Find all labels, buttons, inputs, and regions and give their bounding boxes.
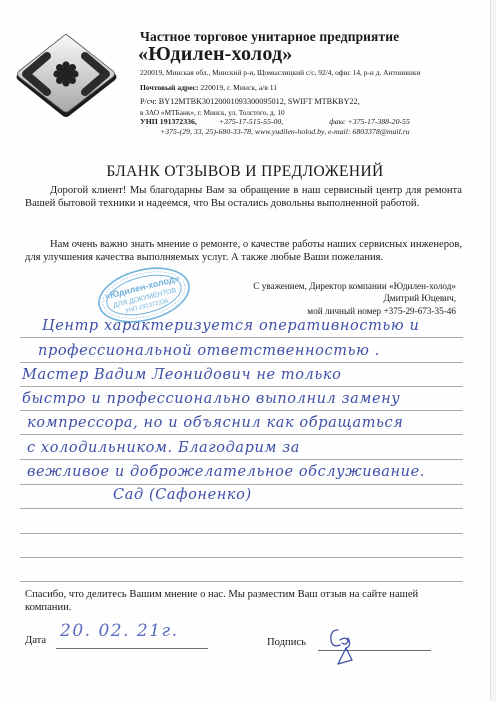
ruled-line [20,533,463,534]
intro-paragraph-text: Дорогой клиент! Мы благодарны Вам за обр… [25,185,462,209]
phone: +375-17-515-55-00, [219,117,283,126]
unp: УНП 191372336, [140,117,197,126]
company-stamp-icon: «Юдилен-холод» ДЛЯ ДОКУМЕНТОВ УНП 191372… [94,264,194,326]
review-line: компрессора, но и объяснил как обращатьс… [27,415,403,431]
closing-line: С уважением, Директор компании «Юдилен-х… [253,280,456,292]
request-paragraph-text: Нам очень важно знать мнение о ремонте, … [25,239,462,263]
intro-paragraph: Дорогой клиент! Мы благодарны Вам за обр… [25,184,462,211]
director-name: Дмитрий Юцевич, [253,292,456,304]
review-signature-line: Сад (Сафоненко) [113,487,252,503]
ruled-line [20,337,463,338]
review-line: с холодильником. Благодарим за [27,440,300,456]
feedback-form-page: Частное торговое унитарное предприятие «… [0,0,491,701]
company-name: «Юдилен-холод» [138,43,292,66]
date-label: Дата [25,635,46,646]
handwritten-signature-icon [326,624,366,674]
postal-address-label: Почтовый адрес: [140,83,199,92]
legal-address: 220019, Минская обл., Минский р-н, Щомыс… [140,68,420,77]
fax: факс +375-17-388-20-55 [329,117,410,126]
ruled-line [20,434,463,435]
ruled-line [20,386,463,387]
company-logo-icon [14,32,119,122]
ruled-line [20,508,463,509]
thank-you-note: Спасибо, что делитесь Вашим мнение о нас… [25,589,465,615]
date-field[interactable] [56,648,208,649]
ruled-line [20,459,463,460]
ruled-line [20,362,463,363]
unp-phone-fax: УНП 191372336,+375-17-515-55-00,факс +37… [140,117,410,126]
review-line: Центр характеризуется оперативностью и [42,318,419,334]
signature-label: Подпись [267,637,306,648]
postal-address-value: 220019, г. Минск, а/я 11 [200,83,277,92]
ruled-line [20,581,463,582]
contacts: +375-(29, 33, 25)-680-33-78, www.yudilen… [160,127,410,136]
request-paragraph: Нам очень важно знать мнение о ремонте, … [25,238,462,265]
review-line: профессиональной ответственностью . [38,343,380,359]
ruled-line [20,557,463,558]
ruled-line [20,484,463,485]
director-phone: мой личный номер +375-29-673-35-46 [253,305,456,317]
postal-address: Почтовый адрес: 220019, г. Минск, а/я 11 [140,83,277,92]
director-signature-block: С уважением, Директор компании «Юдилен-х… [253,280,456,317]
bank-name: в ЗАО «МТБанк», г. Минск, ул. Толстого, … [140,108,285,117]
review-line: Мастер Вадим Леонидович не только [22,367,341,383]
date-value: 20. 02. 21г. [60,621,179,641]
ruled-line [20,410,463,411]
form-title: БЛАНК ОТЗЫВОВ И ПРЕДЛОЖЕНИЙ [0,163,490,181]
bank-account: Р/сч: BY12MTBK30120001093300095012, SWIF… [140,97,360,106]
review-line: вежливое и доброжелательное обслуживание… [27,464,425,480]
review-line: быстро и профессионально выполнил замену [22,391,400,407]
